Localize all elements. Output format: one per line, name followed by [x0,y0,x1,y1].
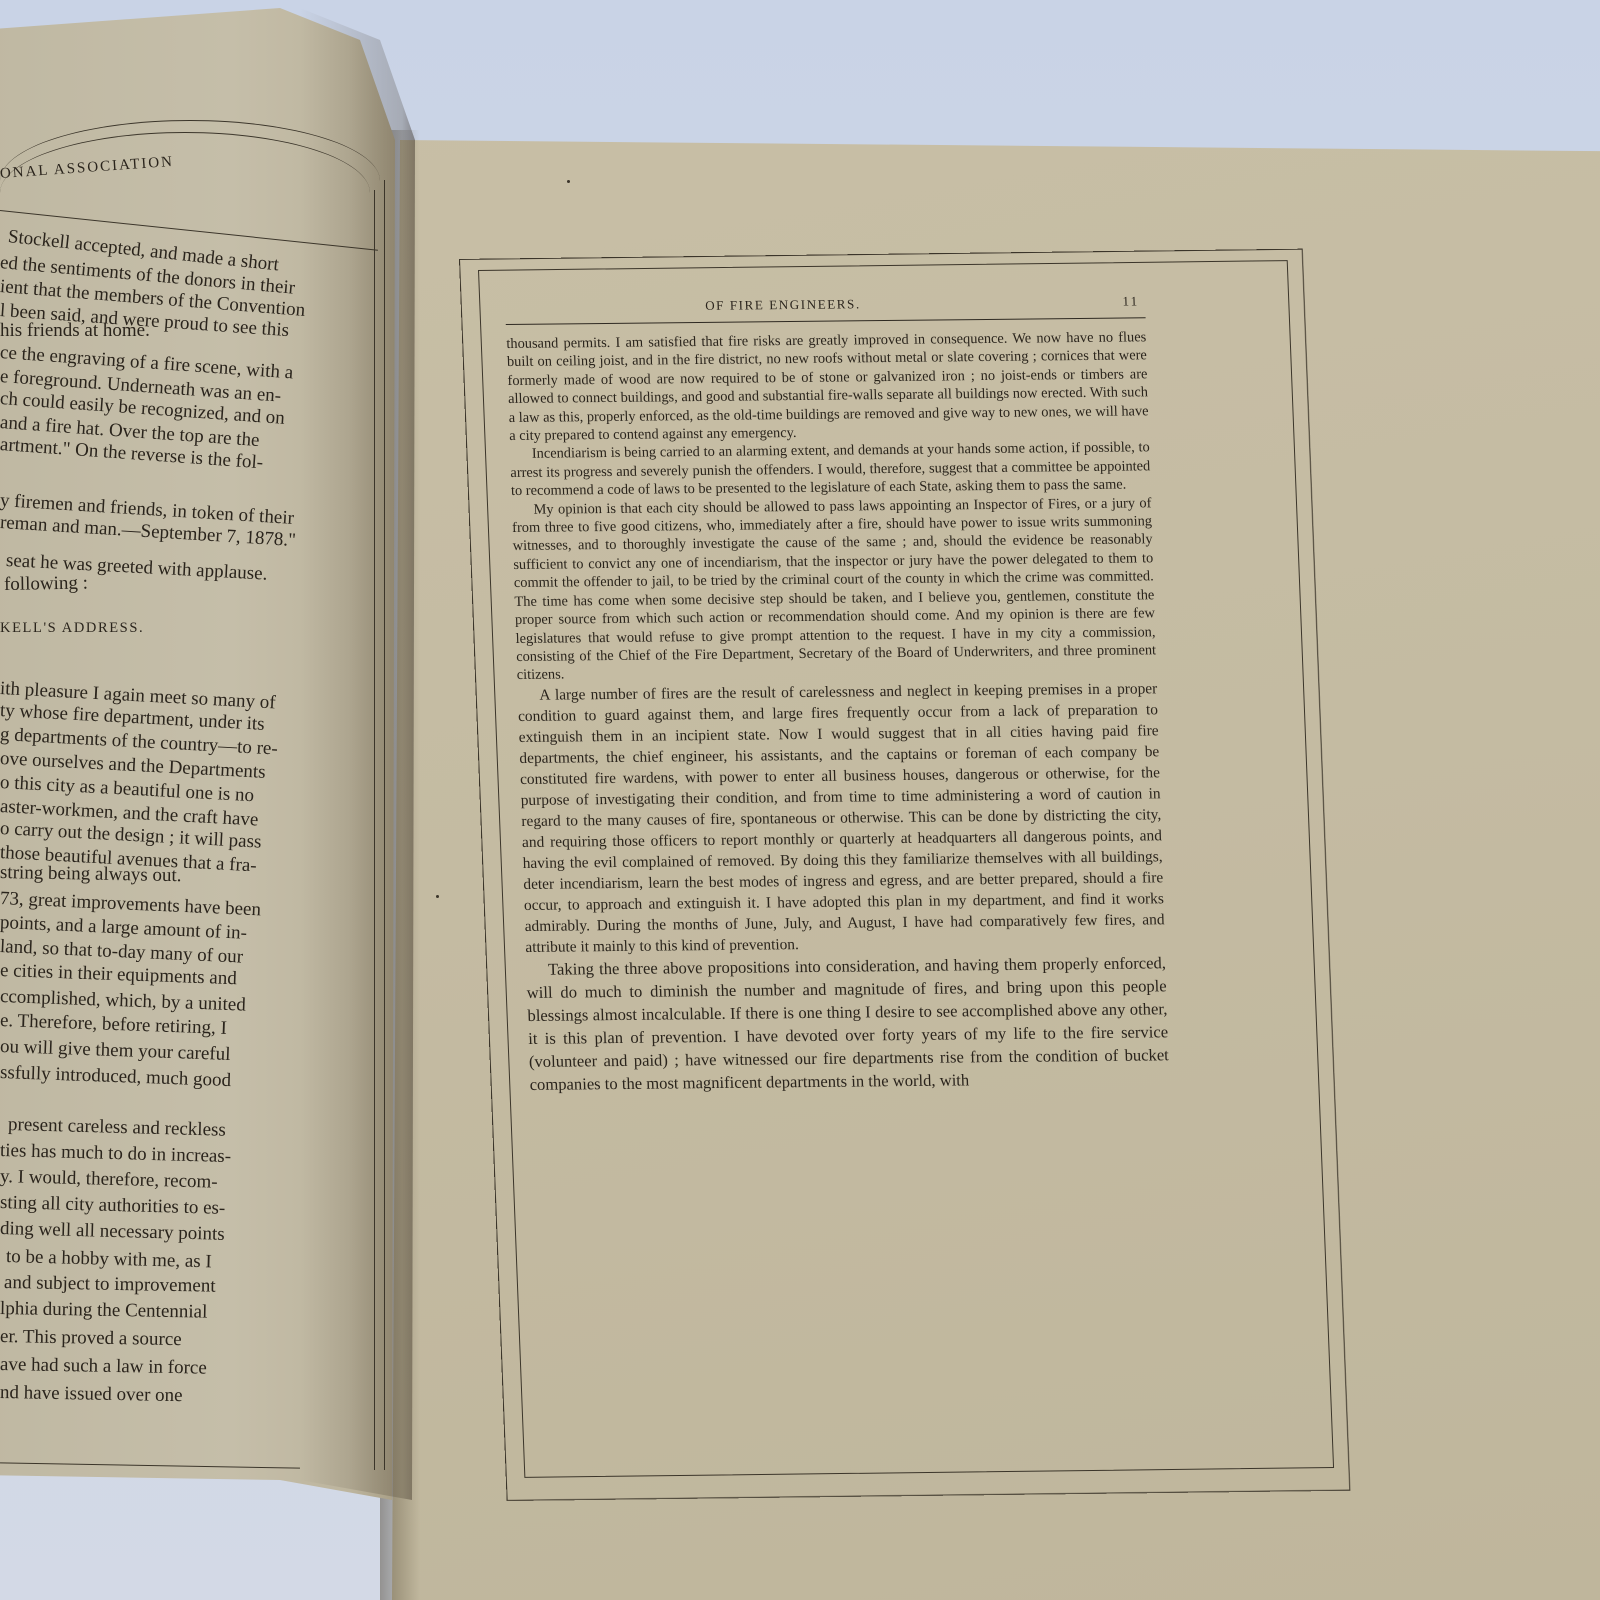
left-line: his friends at home. [0,320,150,342]
left-line: ave had such a law in force [0,1354,207,1380]
left-line: and subject to improvement [4,1272,216,1298]
running-head: OF FIRE ENGINEERS. 11 [505,293,1146,325]
page-number: 11 [1122,293,1139,309]
left-frame-right-outer [384,180,385,1470]
paragraph: Incendiarism is being carried to an alar… [510,439,1152,501]
book-photo: OF FIRE ENGINEERS. 11 thousand permits. … [0,0,1600,1600]
left-frame-right-inner [374,190,375,1470]
paper-speck [567,180,570,183]
running-head-title: OF FIRE ENGINEERS. [705,296,861,314]
left-page-curl [300,0,420,1600]
left-line: string being always out. [0,862,182,887]
right-page-text: OF FIRE ENGINEERS. 11 thousand permits. … [505,293,1170,1095]
left-line: lphia during the Centennial [0,1298,208,1324]
left-line: er. This proved a source [0,1326,182,1351]
paragraph: My opinion is that each city should be a… [511,494,1157,685]
paragraph: thousand permits. I am satisfied that fi… [506,328,1149,445]
left-line: nd have issued over one [0,1382,183,1407]
left-line: following : [4,573,88,596]
paragraph: Taking the three above propositions into… [526,951,1170,1096]
paragraph: A large number of fires are the result o… [517,678,1165,958]
paper-speck [436,895,439,898]
left-section-heading: KELL'S ADDRESS. [0,620,144,637]
